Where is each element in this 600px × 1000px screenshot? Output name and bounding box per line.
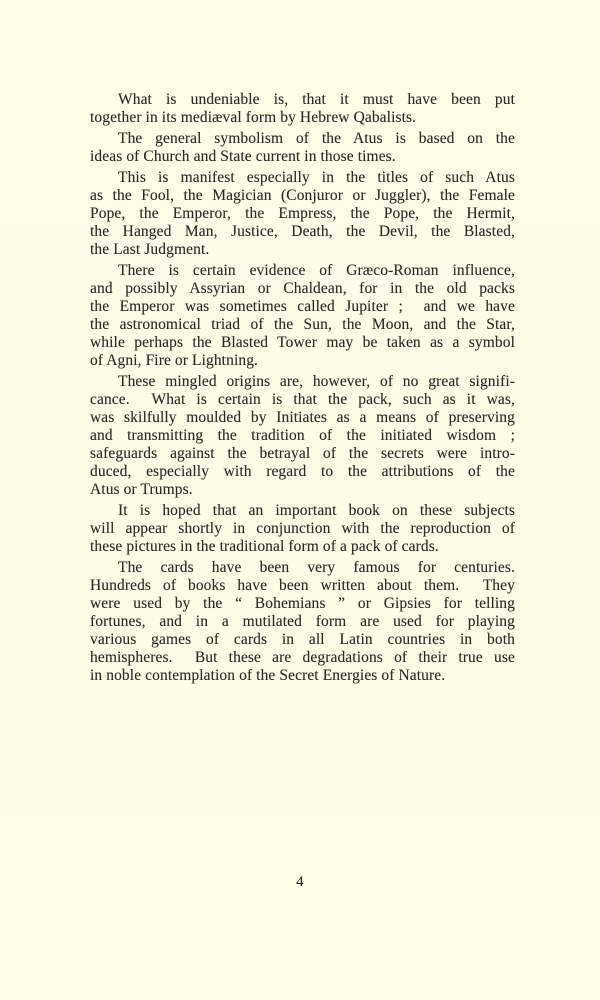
text-line: in noble contemplation of the Secret Ene… [90,667,515,685]
text-line: This is manifest especially in the title… [90,169,515,187]
text-line: of Agni, Fire or Lightning. [90,352,515,370]
book-page: What is undeniable is, that it must have… [0,0,600,1000]
text-line: the Emperor was sometimes called Jupiter… [90,298,515,316]
text-line: safeguards against the betrayal of the s… [90,445,515,463]
text-line: together in its mediæval form by Hebrew … [90,109,515,127]
text-line: the Last Judgment. [90,241,515,259]
text-line: Atus or Trumps. [90,481,515,499]
paragraph: What is undeniable is, that it must have… [90,91,515,127]
text-line: Hundreds of books have been written abou… [90,577,515,595]
text-line: The cards have been very famous for cent… [90,559,515,577]
text-line: the Hanged Man, Justice, Death, the Devi… [90,223,515,241]
text-line: and transmitting the tradition of the in… [90,427,515,445]
paragraph: There is certain evidence of Græco-Roman… [90,262,515,370]
text-line: were used by the “ Bohemians ” or Gipsie… [90,595,515,613]
text-line: duced, especially with regard to the att… [90,463,515,481]
paragraph: These mingled origins are, however, of n… [90,373,515,499]
text-line: these pictures in the traditional form o… [90,538,515,556]
text-line: There is certain evidence of Græco-Roman… [90,262,515,280]
text-line: hemispheres. But these are degradations … [90,649,515,667]
text-line: These mingled origins are, however, of n… [90,373,515,391]
text-line: while perhaps the Blasted Tower may be t… [90,334,515,352]
text-line: was skilfully moulded by Initiates as a … [90,409,515,427]
text-line: as the Fool, the Magician (Conjuror or J… [90,187,515,205]
paragraph: This is manifest especially in the title… [90,169,515,259]
text-line: the astronomical triad of the Sun, the M… [90,316,515,334]
text-line: various games of cards in all Latin coun… [90,631,515,649]
paragraph: The general symbolism of the Atus is bas… [90,130,515,166]
text-line: The general symbolism of the Atus is bas… [90,130,515,148]
paragraph: It is hoped that an important book on th… [90,502,515,556]
text-line: will appear shortly in conjunction with … [90,520,515,538]
text-line: ideas of Church and State current in tho… [90,148,515,166]
text-line: Pope, the Emperor, the Empress, the Pope… [90,205,515,223]
page-number: 4 [0,874,600,891]
text-line: cance. What is certain is that the pack,… [90,391,515,409]
text-block: What is undeniable is, that it must have… [90,91,515,688]
text-line: fortunes, and in a mutilated form are us… [90,613,515,631]
text-line: What is undeniable is, that it must have… [90,91,515,109]
text-line: It is hoped that an important book on th… [90,502,515,520]
text-line: and possibly Assyrian or Chaldean, for i… [90,280,515,298]
paragraph: The cards have been very famous for cent… [90,559,515,685]
